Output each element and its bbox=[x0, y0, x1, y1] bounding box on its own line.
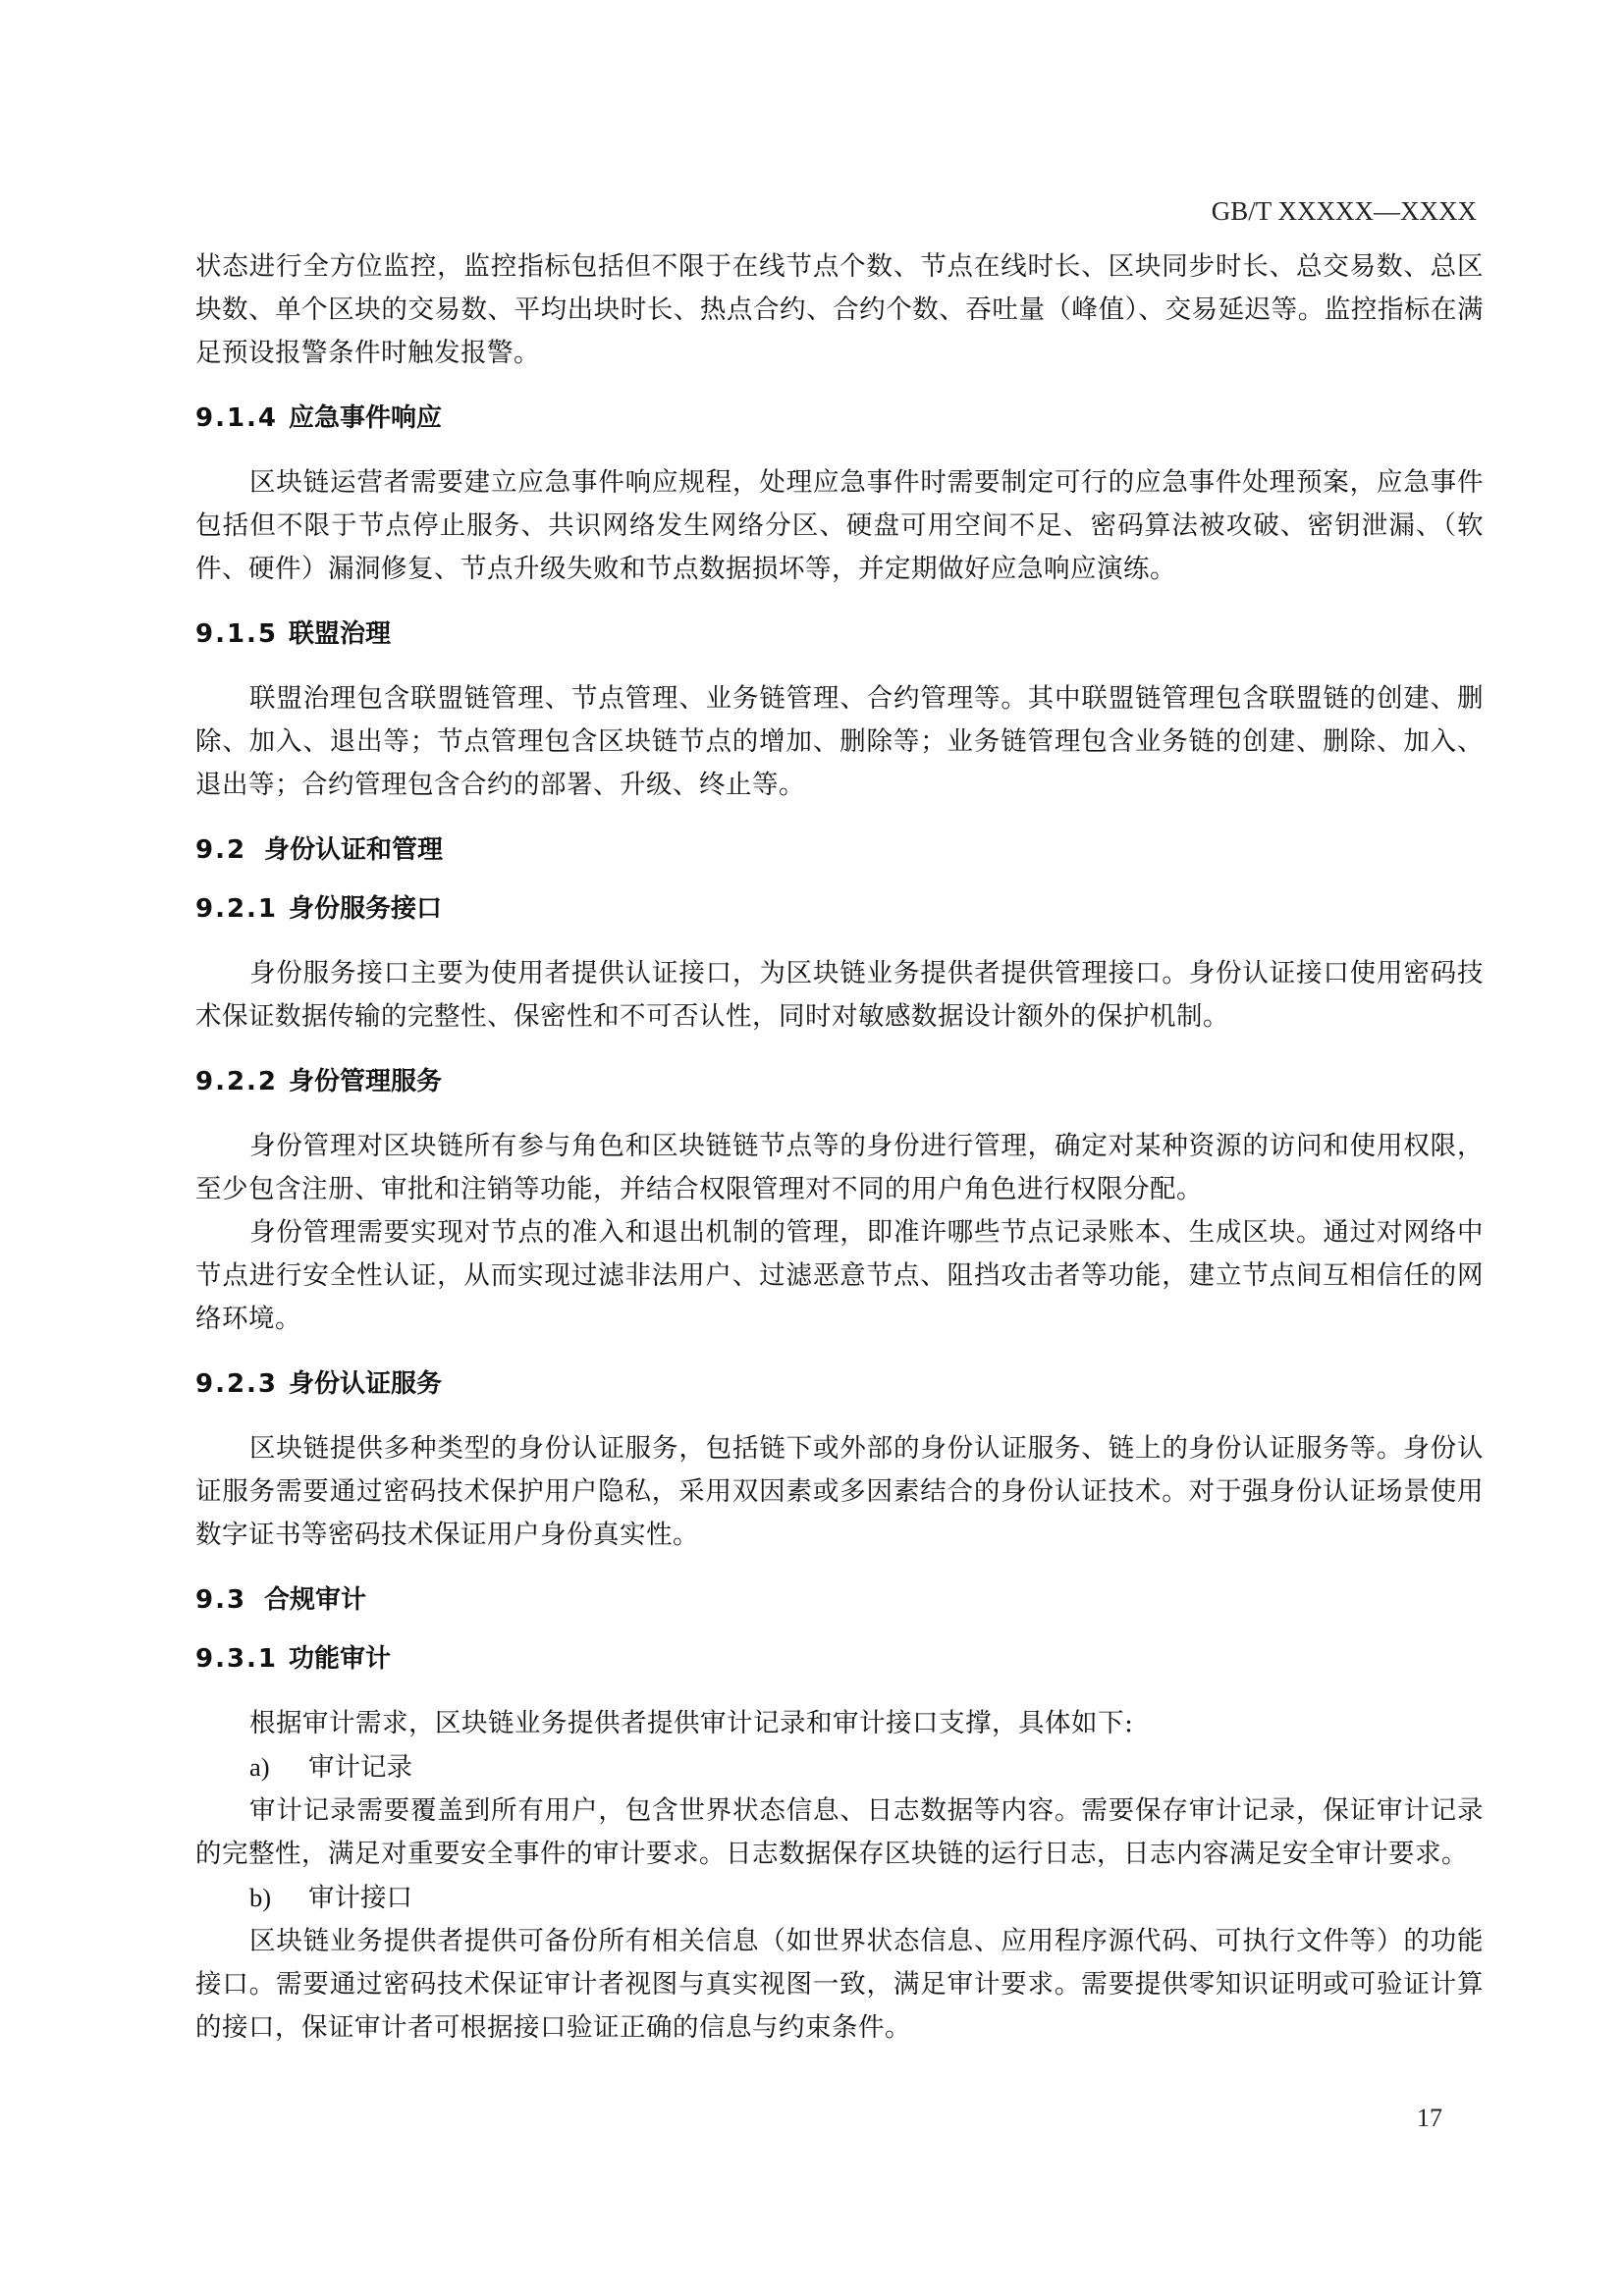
section-title: 联盟治理 bbox=[289, 619, 391, 649]
section-number: 9.3 bbox=[195, 1578, 264, 1622]
paragraph: 状态进行全方位监控，监控指标包括但不限于在线节点个数、节点在线时长、区块同步时长… bbox=[195, 245, 1484, 375]
section-title: 身份服务接口 bbox=[289, 894, 442, 924]
section-heading-9-2: 9.2身份认证和管理 bbox=[195, 828, 1484, 872]
section-heading-9-2-3: 9.2.3身份认证服务 bbox=[195, 1362, 1484, 1406]
paragraph: 身份服务接口主要为使用者提供认证接口，为区块链业务提供者提供管理接口。身份认证接… bbox=[195, 952, 1484, 1039]
standard-code-header: GB/T XXXXX—XXXX bbox=[1212, 196, 1477, 227]
section-title: 身份管理服务 bbox=[289, 1067, 442, 1096]
section-number: 9.2.3 bbox=[195, 1362, 289, 1406]
section-title: 身份认证和管理 bbox=[264, 835, 443, 865]
section-number: 9.3.1 bbox=[195, 1637, 289, 1681]
section-heading-9-3: 9.3合规审计 bbox=[195, 1578, 1484, 1622]
paragraph: 联盟治理包含联盟链管理、节点管理、业务链管理、合约管理等。其中联盟链管理包含联盟… bbox=[195, 677, 1484, 807]
section-heading-9-2-1: 9.2.1身份服务接口 bbox=[195, 887, 1484, 931]
list-marker: a) bbox=[249, 1745, 308, 1789]
paragraph: 审计记录需要覆盖到所有用户，包含世界状态信息、日志数据等内容。需要保存审计记录，… bbox=[195, 1789, 1484, 1876]
list-item-b: b)审计接口 bbox=[195, 1876, 1484, 1920]
section-title: 功能审计 bbox=[289, 1644, 391, 1674]
section-number: 9.1.5 bbox=[195, 613, 289, 656]
paragraph: 区块链业务提供者提供可备份所有相关信息（如世界状态信息、应用程序源代码、可执行文… bbox=[195, 1920, 1484, 2050]
list-item-label: 审计记录 bbox=[308, 1752, 412, 1783]
paragraph: 身份管理对区块链所有参与角色和区块链链节点等的身份进行管理，确定对某种资源的访问… bbox=[195, 1125, 1484, 1211]
page-number: 17 bbox=[1417, 2104, 1442, 2133]
section-title: 应急事件响应 bbox=[289, 403, 442, 433]
section-number: 9.1.4 bbox=[195, 397, 289, 440]
section-number: 9.2 bbox=[195, 828, 264, 872]
paragraph: 区块链提供多种类型的身份认证服务，包括链下或外部的身份认证服务、链上的身份认证服… bbox=[195, 1427, 1484, 1557]
section-heading-9-2-2: 9.2.2身份管理服务 bbox=[195, 1060, 1484, 1103]
list-item-a: a)审计记录 bbox=[195, 1745, 1484, 1789]
paragraph: 根据审计需求，区块链业务提供者提供审计记录和审计接口支撑，具体如下: bbox=[195, 1702, 1484, 1745]
list-marker: b) bbox=[249, 1876, 308, 1919]
section-number: 9.2.2 bbox=[195, 1060, 289, 1103]
document-body: 状态进行全方位监控，监控指标包括但不限于在线节点个数、节点在线时长、区块同步时长… bbox=[195, 245, 1484, 2050]
section-title: 身份认证服务 bbox=[289, 1369, 442, 1399]
section-heading-9-3-1: 9.3.1功能审计 bbox=[195, 1637, 1484, 1681]
paragraph: 身份管理需要实现对节点的准入和退出机制的管理，即准许哪些节点记录账本、生成区块。… bbox=[195, 1211, 1484, 1341]
paragraph: 区块链运营者需要建立应急事件响应规程，处理应急事件时需要制定可行的应急事件处理预… bbox=[195, 461, 1484, 591]
section-heading-9-1-5: 9.1.5联盟治理 bbox=[195, 613, 1484, 656]
section-title: 合规审计 bbox=[264, 1585, 366, 1615]
section-heading-9-1-4: 9.1.4应急事件响应 bbox=[195, 397, 1484, 440]
list-item-label: 审计接口 bbox=[308, 1883, 412, 1913]
section-number: 9.2.1 bbox=[195, 887, 289, 931]
